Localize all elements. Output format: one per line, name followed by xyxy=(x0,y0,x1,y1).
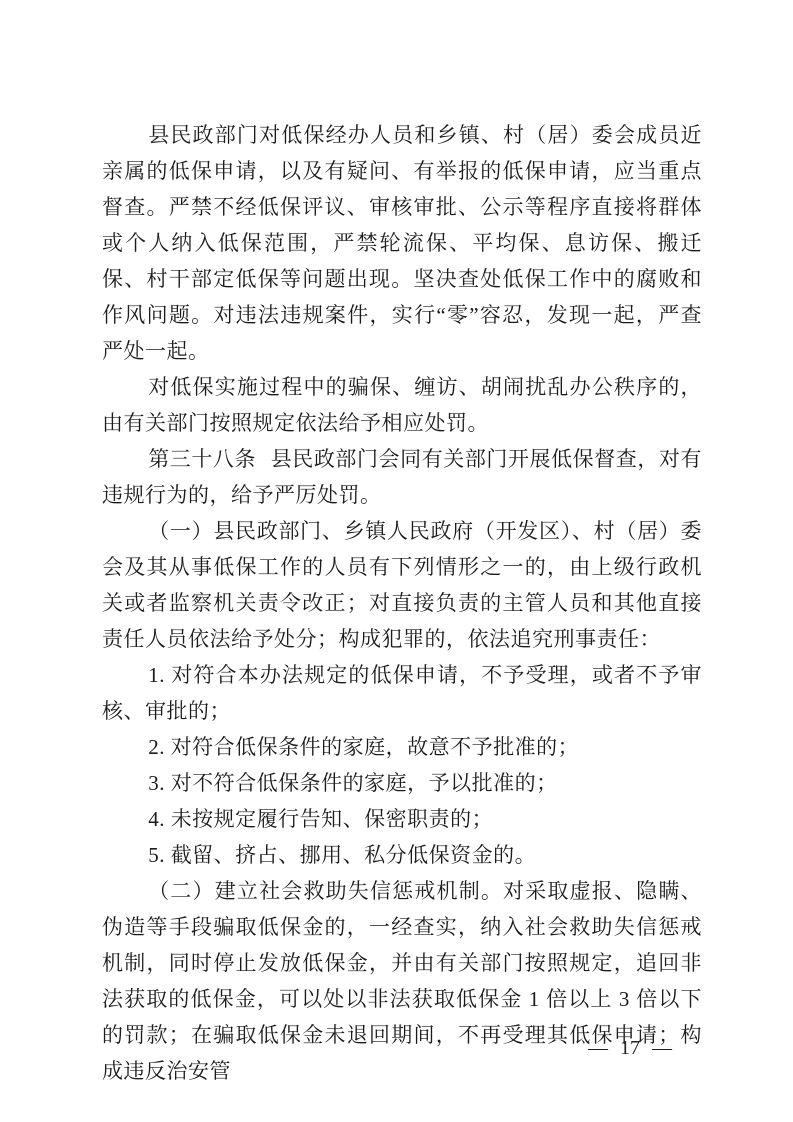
page-number: 17 xyxy=(620,1037,640,1060)
document-body: 县民政部门对低保经办人员和乡镇、村（居）委会成员近亲属的低保申请，以及有疑问、有… xyxy=(102,117,702,1089)
article-number: 第三十八条 xyxy=(148,447,256,471)
footer-dash-right: — xyxy=(652,1037,672,1060)
document-page: 县民政部门对低保经办人员和乡镇、村（居）委会成员近亲属的低保申请，以及有疑问、有… xyxy=(0,0,793,1122)
footer-dash-left: — xyxy=(588,1037,608,1060)
paragraph-list-item-5: 5. 截留、挤占、挪用、私分低保资金的。 xyxy=(102,837,702,873)
paragraph-list-item-3: 3. 对不符合低保条件的家庭，予以批准的； xyxy=(102,765,702,801)
page-number-footer: — 17 — xyxy=(588,1037,672,1060)
paragraph-clause-1: （一）县民政部门、乡镇人民政府（开发区）、村（居）委会及其从事低保工作的人员有下… xyxy=(102,513,702,657)
paragraph-article-38: 第三十八条县民政部门会同有关部门开展低保督查，对有违规行为的，给予严厉处罚。 xyxy=(102,441,702,513)
paragraph-disruption-penalty: 对低保实施过程中的骗保、缠访、胡闹扰乱办公秩序的，由有关部门按照规定依法给予相应… xyxy=(102,369,702,441)
paragraph-key-supervision: 县民政部门对低保经办人员和乡镇、村（居）委会成员近亲属的低保申请，以及有疑问、有… xyxy=(102,117,702,369)
paragraph-list-item-2: 2. 对符合低保条件的家庭，故意不予批准的； xyxy=(102,729,702,765)
paragraph-list-item-4: 4. 未按规定履行告知、保密职责的； xyxy=(102,801,702,837)
paragraph-list-item-1: 1. 对符合本办法规定的低保申请，不予受理，或者不予审核、审批的； xyxy=(102,657,702,729)
